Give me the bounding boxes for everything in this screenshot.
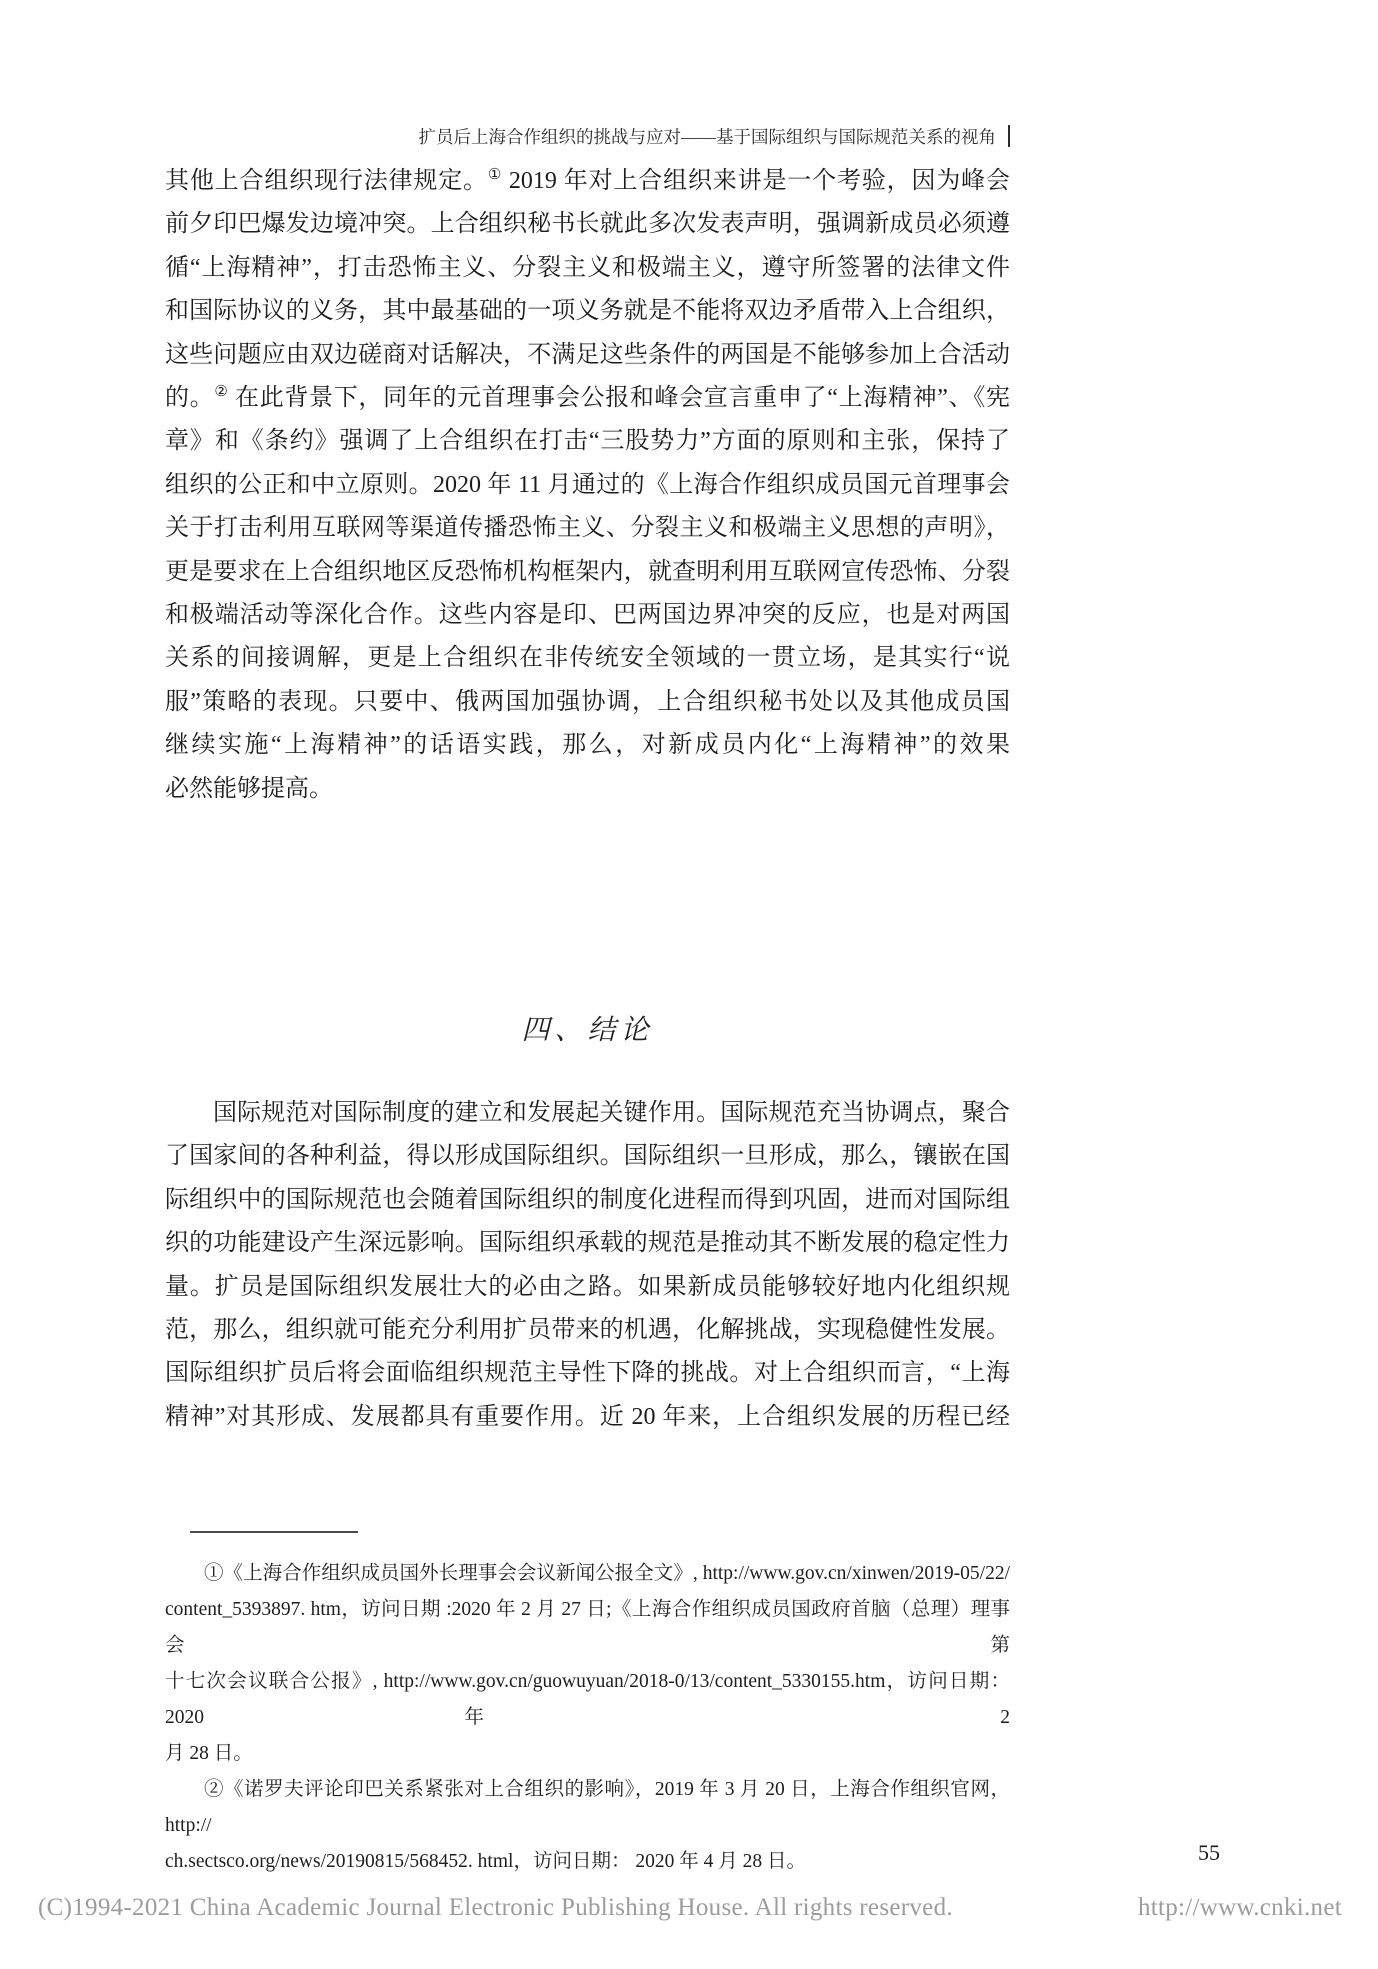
- paragraph-line: 际组织中的国际规范也会随着国际组织的制度化进程而得到巩固，进而对国际组: [165, 1179, 1010, 1222]
- body-paragraph-1: 其他上合组织现行法律规定。① 2019 年对上合组织来讲是一个考验，因为峰会 前…: [165, 160, 1010, 811]
- paragraph-line: 组织的公正和中立原则。2020 年 11 月通过的《上海合作组织成员国元首理事会: [165, 464, 1010, 507]
- paragraph-line: 循“上海精神”，打击恐怖主义、分裂主义和极端主义，遵守所签署的法律文件: [165, 247, 1010, 290]
- paragraph-line: 精神”对其形成、发展都具有重要作用。近 20 年来，上合组织发展的历程已经: [165, 1396, 1010, 1439]
- paragraph-line: 了国家间的各种利益，得以形成国际组织。国际组织一旦形成，那么，镶嵌在国: [165, 1135, 1010, 1178]
- page-footer: (C)1994-2021 China Academic Journal Elec…: [38, 1894, 1342, 1922]
- paragraph-line: 关于打击利用互联网等渠道传播恐怖主义、分裂主义和极端主义思想的声明》，: [165, 507, 1010, 550]
- section-heading: 四、结论: [165, 1008, 1010, 1048]
- footnote-line: ch.sectsco.org/news/20190815/568452. htm…: [165, 1844, 1010, 1880]
- footnotes: ①《上海合作组织成员国外长理事会会议新闻公报全文》, http://www.go…: [165, 1556, 1010, 1880]
- footnote-line: 月 28 日。: [165, 1736, 1010, 1772]
- paragraph-line: 必然能够提高。: [165, 768, 1010, 811]
- footnote-line: ①《上海合作组织成员国外长理事会会议新闻公报全文》, http://www.go…: [165, 1556, 1010, 1592]
- paragraph-line: 章》和《条约》强调了上合组织在打击“三股势力”方面的原则和主张，保持了: [165, 420, 1010, 463]
- page-header: 扩员后上海合作组织的挑战与应对——基于国际组织与国际规范关系的视角: [165, 124, 1010, 149]
- paragraph-line: 和极端活动等深化合作。这些内容是印、巴两国边界冲突的反应，也是对两国: [165, 594, 1010, 637]
- paragraph-line: 国际组织扩员后将会面临组织规范主导性下降的挑战。对上合组织而言，“上海: [165, 1352, 1010, 1395]
- footnote-line: 十七次会议联合公报》, http://www.gov.cn/guowuyuan/…: [165, 1664, 1010, 1736]
- paragraph-line: 前夕印巴爆发边境冲突。上合组织秘书长就此多次发表声明，强调新成员必须遵: [165, 203, 1010, 246]
- paragraph-line: 服”策略的表现。只要中、俄两国加强协调，上合组织秘书处以及其他成员国: [165, 681, 1010, 724]
- footnote-divider: [190, 1531, 358, 1533]
- page-number: 55: [1198, 1840, 1220, 1866]
- footnote-line: content_5393897. htm，访问日期 :2020 年 2 月 27…: [165, 1592, 1010, 1664]
- paragraph-line: 量。扩员是国际组织发展壮大的必由之路。如果新成员能够较好地内化组织规: [165, 1266, 1010, 1309]
- paragraph-line: 这些问题应由双边磋商对话解决，不满足这些条件的两国是不能够参加上合活动: [165, 334, 1010, 377]
- paragraph-line: 更是要求在上合组织地区反恐怖机构框架内，就查明利用互联网宣传恐怖、分裂: [165, 551, 1010, 594]
- paragraph-line: 的。② 在此背景下，同年的元首理事会公报和峰会宣言重申了“上海精神”、《宪: [165, 377, 1010, 420]
- paragraph-line: 范，那么，组织就可能充分利用扩员带来的机遇，化解挑战，实现稳健性发展。: [165, 1309, 1010, 1352]
- body-paragraph-2: 国际规范对国际制度的建立和发展起关键作用。国际规范充当协调点，聚合 了国家间的各…: [165, 1092, 1010, 1439]
- paragraph-line: 和国际协议的义务，其中最基础的一项义务就是不能将双边矛盾带入上合组织，: [165, 290, 1010, 333]
- footer-url: http://www.cnki.net: [1138, 1894, 1342, 1922]
- header-title: 扩员后上海合作组织的挑战与应对——基于国际组织与国际规范关系的视角: [419, 127, 997, 147]
- footnote-line: ②《诺罗夫评论印巴关系紧张对上合组织的影响》，2019 年 3 月 20 日，上…: [165, 1772, 1010, 1844]
- paragraph-line: 关系的间接调解，更是上合组织在非传统安全领域的一贯立场，是其实行“说: [165, 637, 1010, 680]
- footer-copyright: (C)1994-2021 China Academic Journal Elec…: [38, 1894, 953, 1922]
- paragraph-line: 织的功能建设产生深远影响。国际组织承载的规范是推动其不断发展的稳定性力: [165, 1222, 1010, 1265]
- document-page: 扩员后上海合作组织的挑战与应对——基于国际组织与国际规范关系的视角 其他上合组织…: [0, 0, 1378, 1969]
- paragraph-line: 其他上合组织现行法律规定。① 2019 年对上合组织来讲是一个考验，因为峰会: [165, 160, 1010, 203]
- paragraph-line: 继续实施“上海精神”的话语实践，那么，对新成员内化“上海精神”的效果: [165, 724, 1010, 767]
- paragraph-line: 国际规范对国际制度的建立和发展起关键作用。国际规范充当协调点，聚合: [165, 1092, 1010, 1135]
- header-divider: [1008, 125, 1010, 147]
